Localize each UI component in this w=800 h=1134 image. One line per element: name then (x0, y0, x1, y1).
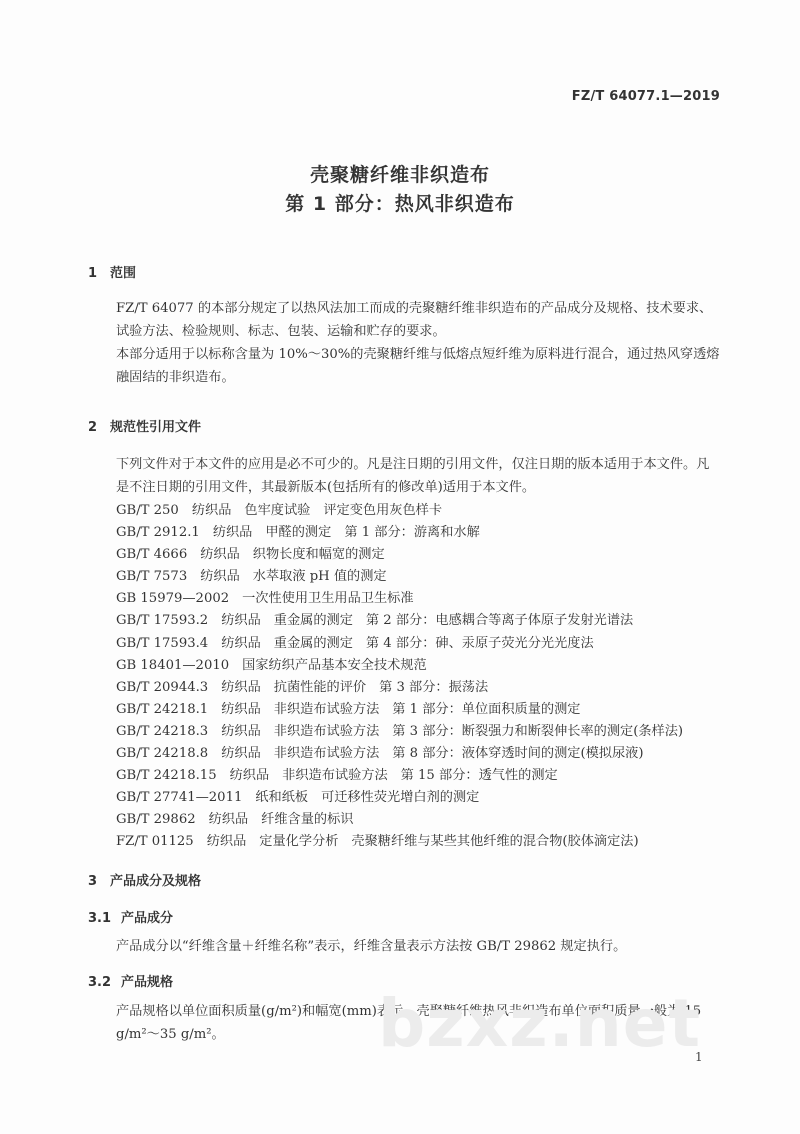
section-title: 产品成分及规格 (110, 874, 201, 889)
section-title: 产品规格 (121, 975, 173, 990)
paragraph: 本部分适用于以标称含量为 10%～30%的壳聚糖纤维与低熔点短纤维为原料进行混合… (88, 343, 720, 389)
section-3-1-body: 产品成分以“纤维含量＋纤维名称”表示，纤维含量表示方法按 GB/T 29862 … (88, 935, 720, 958)
document-title: 壳聚糖纤维非织造布 (0, 160, 800, 187)
section-number: 3.2 (88, 975, 121, 990)
reference-item: GB/T 29862纺织品纤维含量的标识 (116, 809, 696, 831)
reference-item: GB/T 2912.1纺织品甲醛的测定第 1 部分：游离和水解 (116, 522, 696, 544)
paragraph: 下列文件对于本文件的应用是必不可少的。凡是注日期的引用文件，仅注日期的版本适用于… (88, 453, 720, 499)
document-page: FZ/T 64077.1—2019 壳聚糖纤维非织造布 第 1 部分：热风非织造… (0, 0, 800, 1134)
paragraph: FZ/T 64077 的本部分规定了以热风法加工而成的壳聚糖纤维非织造布的产品成… (88, 297, 720, 343)
paragraph: 产品成分以“纤维含量＋纤维名称”表示，纤维含量表示方法按 GB/T 29862 … (88, 935, 720, 958)
section-1-heading: 1范围 (88, 262, 136, 281)
page-number: 1 (695, 1050, 703, 1064)
section-2-intro: 下列文件对于本文件的应用是必不可少的。凡是注日期的引用文件，仅注日期的版本适用于… (88, 453, 720, 499)
section-2-heading: 2规范性引用文件 (88, 416, 201, 435)
reference-item: GB/T 4666纺织品织物长度和幅宽的测定 (116, 544, 696, 566)
reference-item: GB/T 24218.1纺织品非织造布试验方法第 1 部分：单位面积质量的测定 (116, 699, 696, 721)
section-3-heading: 3产品成分及规格 (88, 870, 201, 889)
reference-item: GB/T 20944.3纺织品抗菌性能的评价第 3 部分：振荡法 (116, 677, 696, 699)
section-number: 1 (88, 266, 110, 281)
reference-item: GB 15979—2002一次性使用卫生用品卫生标准 (116, 588, 696, 610)
reference-list: GB/T 250纺织品色牢度试验评定变色用灰色样卡 GB/T 2912.1纺织品… (116, 500, 696, 854)
section-number: 3.1 (88, 911, 121, 926)
section-title: 产品成分 (121, 911, 173, 926)
reference-item: GB/T 17593.2纺织品重金属的测定第 2 部分：电感耦合等离子体原子发射… (116, 610, 696, 632)
reference-item: GB/T 250纺织品色牢度试验评定变色用灰色样卡 (116, 500, 696, 522)
section-number: 2 (88, 420, 110, 435)
standard-code: FZ/T 64077.1—2019 (572, 89, 720, 104)
reference-item: FZ/T 01125纺织品定量化学分析壳聚糖纤维与某些其他纤维的混合物(胶体滴定… (116, 831, 696, 853)
reference-item: GB/T 17593.4纺织品重金属的测定第 4 部分：砷、汞原子荧光分光光度法 (116, 633, 696, 655)
section-3-1-heading: 3.1产品成分 (88, 907, 173, 926)
reference-item: GB/T 24218.15纺织品非织造布试验方法第 15 部分：透气性的测定 (116, 765, 696, 787)
reference-item: GB/T 7573纺织品水萃取液 pH 值的测定 (116, 566, 696, 588)
reference-item: GB/T 24218.3纺织品非织造布试验方法第 3 部分：断裂强力和断裂伸长率… (116, 721, 696, 743)
reference-item: GB/T 27741—2011纸和纸板可迁移性荧光增白剂的测定 (116, 787, 696, 809)
section-title: 范围 (110, 266, 136, 281)
section-3-2-heading: 3.2产品规格 (88, 971, 173, 990)
section-title: 规范性引用文件 (110, 420, 201, 435)
reference-item: GB 18401—2010国家纺织产品基本安全技术规范 (116, 655, 696, 677)
reference-item: GB/T 24218.8纺织品非织造布试验方法第 8 部分：液体穿透时间的测定(… (116, 743, 696, 765)
section-1-body: FZ/T 64077 的本部分规定了以热风法加工而成的壳聚糖纤维非织造布的产品成… (88, 297, 720, 389)
section-number: 3 (88, 874, 110, 889)
watermark: bzxz.net (378, 985, 701, 1062)
document-subtitle: 第 1 部分：热风非织造布 (0, 189, 800, 216)
